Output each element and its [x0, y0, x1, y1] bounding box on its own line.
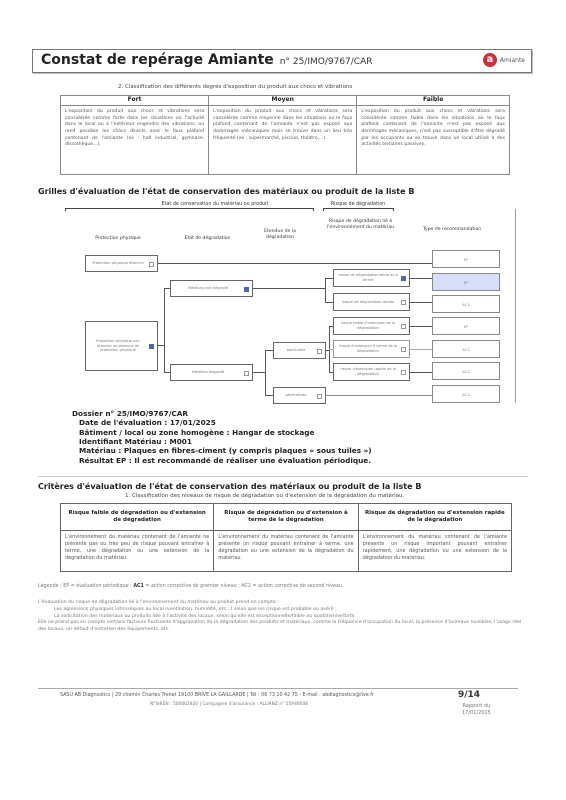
col-degradation-heading: Etat de dégradation — [165, 236, 250, 242]
report-label: Rapport du — [462, 703, 491, 710]
document-reference: n° 25/IMO/9767/CAR — [280, 57, 373, 67]
option-risque-extension-terme[interactable]: risque d'extension à terme de la dégrada… — [333, 340, 410, 358]
grid-section-title: Grilles d'évaluation de l'état de conser… — [38, 187, 414, 196]
option-materiau-non-degrade[interactable]: Matériau non dégradé — [170, 280, 253, 297]
evaluation-date: Date de l'évaluation : 17/01/2025 — [72, 418, 372, 427]
divider — [38, 476, 528, 477]
option-risque-faible-extension[interactable]: risque faible d'extension de la dégradat… — [333, 317, 410, 335]
col-protection-heading: Protection physique — [73, 236, 163, 242]
exposure-cell-fort: L'exposition du produit aux chocs et vib… — [61, 106, 209, 175]
report-date: 17/01/2025 — [462, 710, 491, 717]
footer-divider — [38, 688, 518, 689]
criteria-table: Risque faible de dégradation ou d'extens… — [60, 503, 512, 572]
exposure-cell-faible: L'exposition du produit aux chocs et vib… — [357, 106, 510, 175]
recommendation-ep-1: EP — [432, 250, 500, 268]
recommendation-ac2-2: AC2 — [432, 385, 500, 403]
col-recommendation-heading: Type de recommandation — [417, 227, 487, 233]
col-extent-heading: Etendue de la dégradation — [255, 229, 305, 241]
checkbox-icon[interactable] — [401, 347, 406, 352]
evaluation-grid: Etat de conservation du matériau ou prod… — [65, 209, 516, 403]
criteria-section-title: Critères d'évaluation de l'état de conse… — [38, 482, 421, 491]
exposure-table: Fort Moyen Faible L'exposition du produi… — [60, 95, 510, 175]
option-materiau-degrade[interactable]: Matériau dégradé — [170, 364, 253, 381]
criteria-cell-rapide: L'environnement du matériau contenant de… — [358, 531, 511, 572]
checkbox-checked-icon[interactable] — [401, 276, 406, 281]
document-title: Constat de repérage Amianten° 25/IMO/976… — [41, 52, 373, 68]
exposure-header-faible: Faible — [357, 96, 510, 106]
checkbox-checked-icon[interactable] — [149, 344, 154, 349]
recommendation-ep-selected: EP — [432, 273, 500, 291]
criteria-header-faible: Risque faible de dégradation ou d'extens… — [61, 504, 214, 531]
criteria-caption: 1. Classification des niveaux de risque … — [125, 493, 404, 499]
checkbox-icon[interactable] — [401, 300, 406, 305]
criteria-cell-terme: L'environnement du matériau contenant de… — [214, 531, 358, 572]
option-protection-non-etanche[interactable]: Protection physique non étanche ou absen… — [85, 321, 158, 371]
document-header: Constat de repérage Amianten° 25/IMO/976… — [32, 49, 532, 73]
title-text: Constat de repérage Amiante — [41, 52, 274, 68]
dossier-summary: Dossier n° 25/IMO/9767/CAR Date de l'éva… — [72, 409, 372, 465]
exposure-header-fort: Fort — [61, 96, 209, 106]
option-generalisee[interactable]: généralisée — [273, 387, 326, 404]
material-description: Matériau : Plaques en fibres-ciment (y c… — [72, 446, 372, 455]
dossier-number: Dossier n° 25/IMO/9767/CAR — [72, 409, 372, 418]
criteria-cell-faible: L'environnement du matériau contenant de… — [61, 531, 214, 572]
option-ponctuelle[interactable]: ponctuelle — [273, 342, 326, 359]
material-identifier: Identifiant Matériau : M001 — [72, 437, 372, 446]
checkbox-icon[interactable] — [244, 371, 249, 376]
exposure-header-moyen: Moyen — [209, 96, 357, 106]
checkbox-icon[interactable] — [317, 394, 322, 399]
amiante-logo-icon: a — [483, 53, 497, 67]
option-protection-etanche[interactable]: Protection physique étanche — [85, 255, 158, 272]
amiante-logo: a Amiante — [483, 53, 525, 67]
footer-company-info: SASU AB Diagnostics | 29 chemin Charles … — [60, 693, 374, 698]
recommendation-ac1-1: AC1 — [432, 295, 500, 313]
exposure-caption: 2. Classification des différents degrés … — [118, 84, 352, 90]
criteria-header-rapide: Risque de dégradation ou d'extension rap… — [358, 504, 511, 531]
amiante-logo-label: Amiante — [500, 57, 525, 64]
legend: Légende : EP = évaluation périodique ; A… — [38, 584, 344, 589]
notes-intro: L'évaluation du risque de dégradation li… — [38, 600, 528, 607]
checkbox-icon[interactable] — [149, 262, 154, 267]
option-risque-extension-rapide[interactable]: risque d'extension rapide de la dégradat… — [333, 363, 410, 381]
checkbox-icon[interactable] — [317, 349, 322, 354]
recommendation-ac2-1: AC2 — [432, 362, 500, 380]
notes-outro: Elle ne prend pas en compte certains fac… — [38, 620, 528, 634]
col-env-risk-heading: Risque de dégradation lié à l'environnem… — [323, 219, 398, 231]
evaluation-result: Résultat EP : Il est recommandé de réali… — [72, 456, 372, 465]
page-number: 9/14 — [458, 690, 480, 700]
evaluation-notes: L'évaluation du risque de dégradation li… — [38, 600, 528, 634]
report-date-block: Rapport du 17/01/2025 — [462, 703, 491, 717]
criteria-header-terme: Risque de dégradation ou d'extension à t… — [214, 504, 358, 531]
recommendation-ac1-2: AC1 — [432, 340, 500, 358]
option-risque-rapide[interactable]: risque de dégradation rapide — [333, 293, 410, 311]
option-risque-faible-ou-terme[interactable]: risque de dégradation faible ou à terme — [333, 269, 410, 287]
checkbox-icon[interactable] — [401, 324, 406, 329]
notes-bullet-1: Les agressions physiques intrinsèques au… — [38, 607, 528, 614]
footer-siren-info: N°SIREN : 500662820 | Compagnie d'assura… — [150, 702, 308, 707]
exposure-cell-moyen: L'exposition du produit aux chocs et vib… — [209, 106, 357, 175]
building-zone: Bâtiment / local ou zone homogène : Hang… — [72, 428, 372, 437]
recommendation-ep-2: EP — [432, 317, 500, 335]
checkbox-checked-icon[interactable] — [244, 287, 249, 292]
checkbox-icon[interactable] — [401, 370, 406, 375]
